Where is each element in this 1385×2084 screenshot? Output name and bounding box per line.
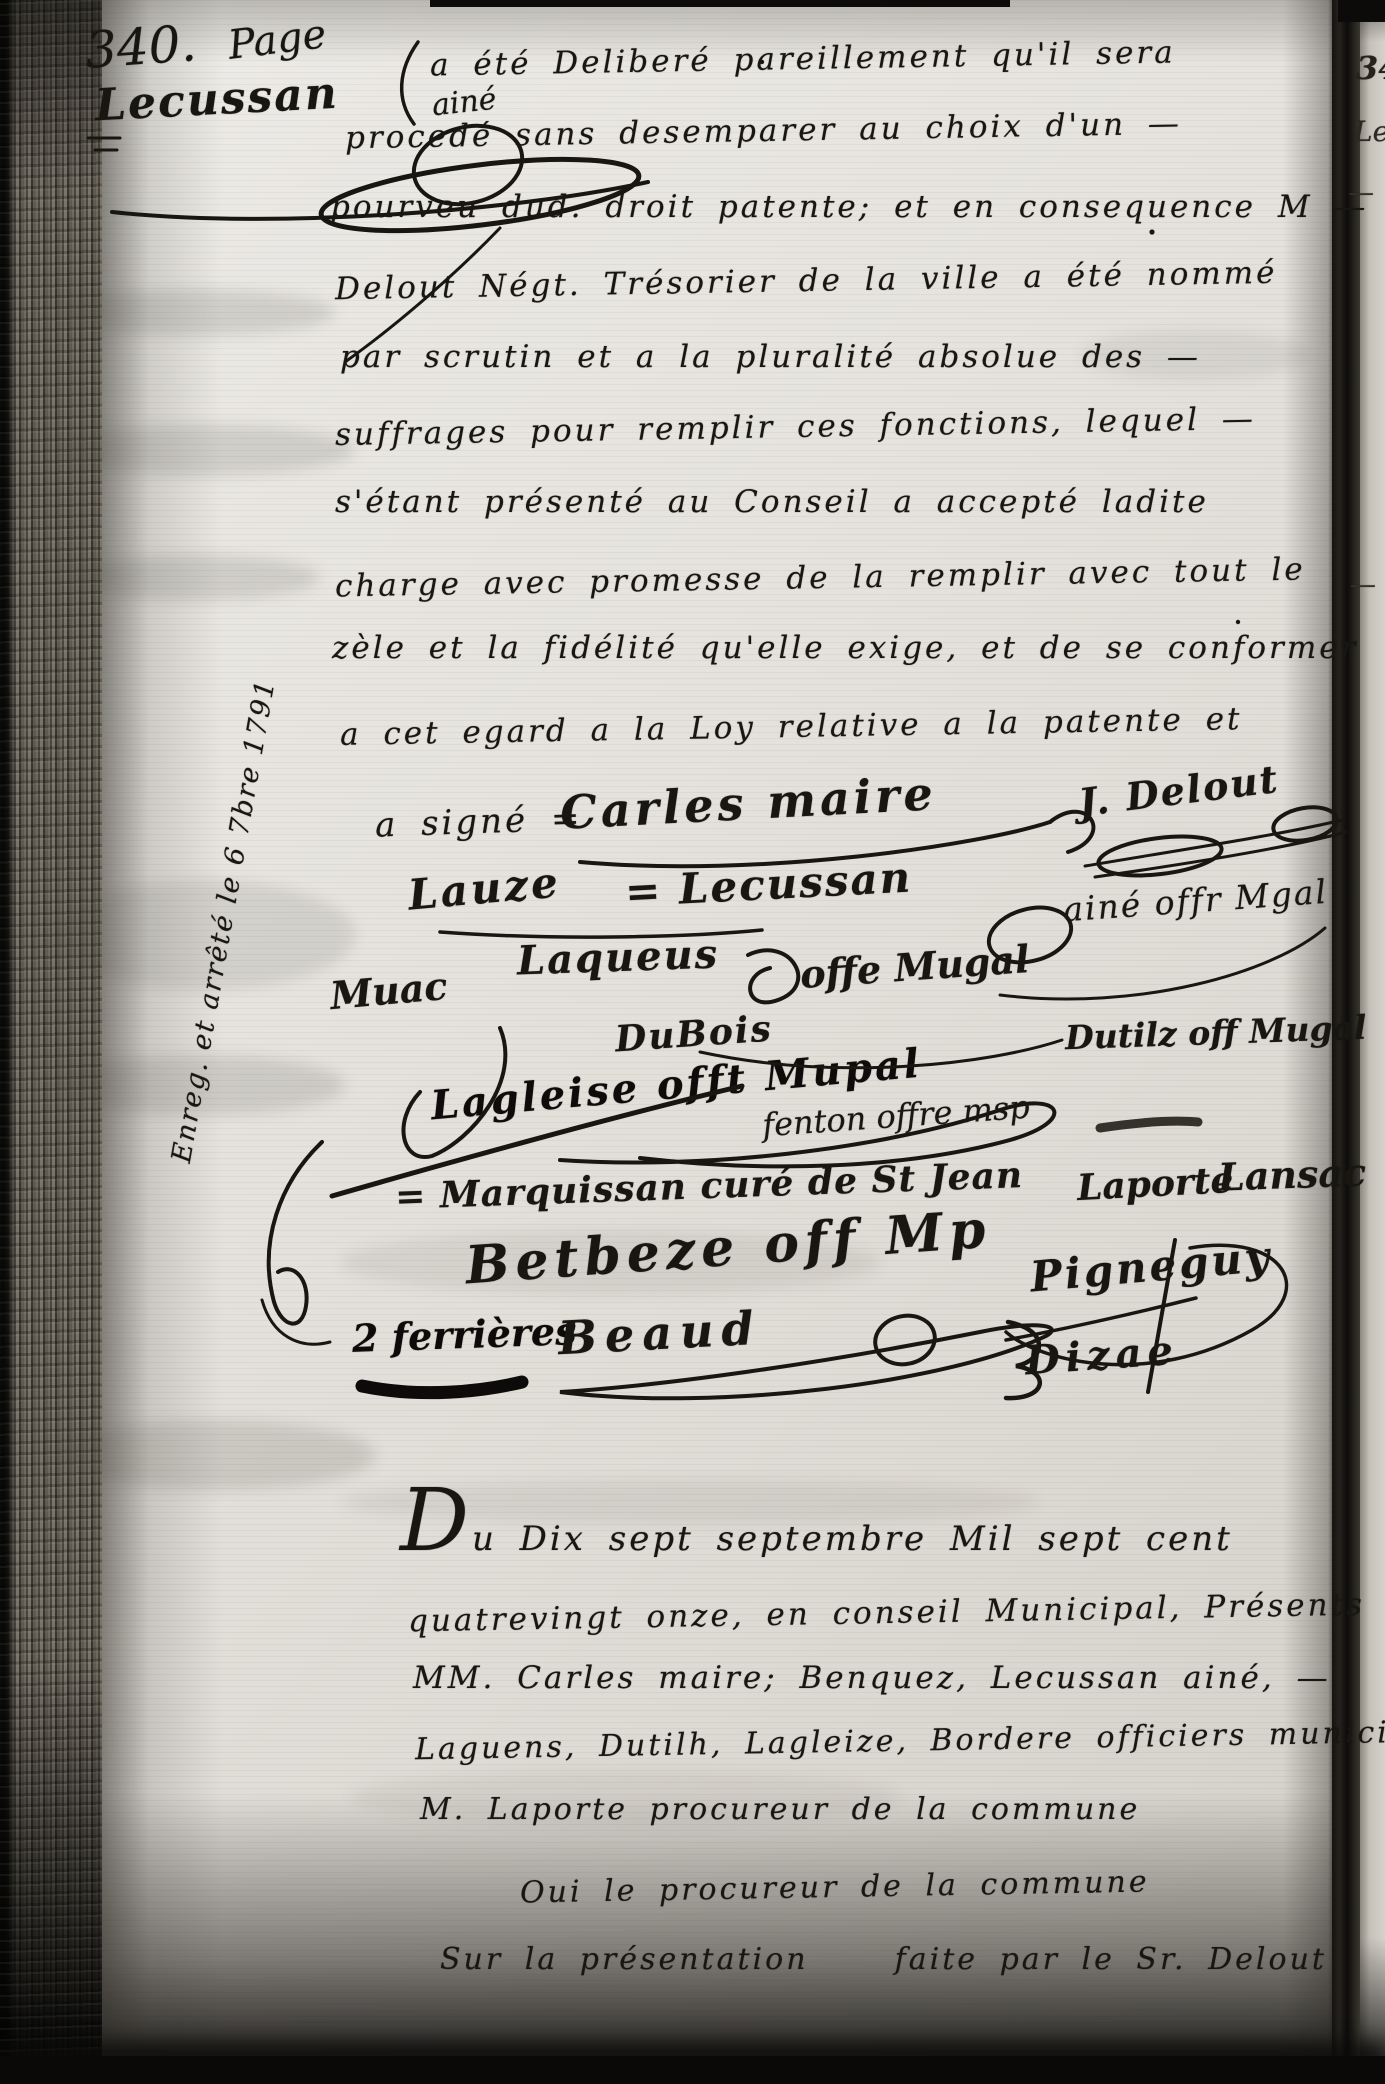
signature-laporte: Laporte bbox=[1076, 1162, 1234, 1206]
signature-lauze: Lauze bbox=[406, 861, 562, 916]
manuscript-line: Sur la présentation faite par le Sr. Del… bbox=[440, 1945, 1327, 1975]
scan-edge-top bbox=[430, 0, 1010, 7]
facing-page-dash-fragment: — bbox=[1348, 180, 1374, 206]
manuscript-line: pourveu dud. droit patente; et en conseq… bbox=[330, 192, 1368, 223]
signature-ferrieres: 2 ferrières bbox=[351, 1312, 577, 1358]
signature-beaud: Beaud bbox=[557, 1305, 763, 1362]
bleedthrough-smudge bbox=[55, 425, 355, 475]
manuscript-line: Du Dix sept septembre Mil sept cent bbox=[400, 1498, 1233, 1556]
margin-signature-lecussan: Lecussan bbox=[94, 72, 340, 129]
bleedthrough-smudge bbox=[55, 290, 335, 335]
signature-dutilz: Dutilz off Mugal bbox=[1065, 1011, 1367, 1055]
manuscript-line-a-signe: a signé = bbox=[374, 801, 583, 842]
page-number-word: Page bbox=[226, 14, 328, 66]
page-number: 340. bbox=[83, 18, 198, 76]
manuscript-line: s'étant présenté au Conseil a accepté la… bbox=[335, 487, 1209, 518]
signature-muac: Muac bbox=[329, 967, 449, 1015]
manuscript-line: MM. Carles maire; Benquez, Lecussan ainé… bbox=[413, 1663, 1331, 1694]
manuscript-line: zèle et la fidélité qu'elle exige, et de… bbox=[332, 633, 1358, 664]
facing-page-dash-fragment: — bbox=[1350, 572, 1376, 598]
signature-dubois: DuBois bbox=[614, 1011, 774, 1058]
manuscript-line: par scrutin et a la pluralité absolue de… bbox=[340, 342, 1201, 373]
signature-laqueus: Laqueus bbox=[516, 934, 719, 981]
manuscript-scan: 340. Page Lecussan ainé Enreg. et arrêté… bbox=[0, 0, 1385, 2084]
facing-page-number-fragment: 34 bbox=[1356, 52, 1385, 84]
facing-page-text-fragment: Le bbox=[1354, 118, 1385, 146]
signature-lansac: Lansac bbox=[1217, 1153, 1366, 1196]
bleedthrough-smudge bbox=[70, 555, 320, 600]
scan-edge-top-right bbox=[1338, 0, 1385, 22]
margin-signature-suffix: ainé bbox=[431, 85, 498, 122]
signature-dizae: Dizae bbox=[1024, 1331, 1180, 1382]
manuscript-line: M. Laporte procureur de la commune bbox=[420, 1795, 1140, 1825]
scan-edge-bottom bbox=[0, 2056, 1385, 2084]
bleedthrough-smudge bbox=[55, 1420, 375, 1490]
